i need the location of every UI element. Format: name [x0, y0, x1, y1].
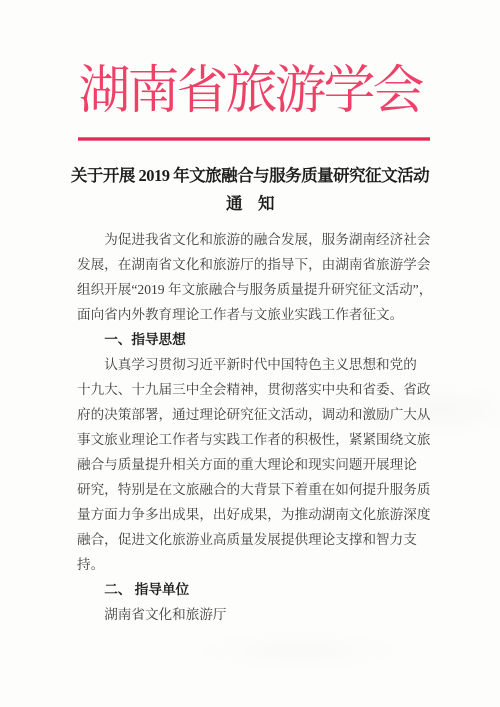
letterhead-organization-name: 湖南省旅游学会 — [0, 64, 500, 120]
text-line: 十九大、十九届三中全会精神，贯彻落实中央和省委、省政 — [77, 377, 457, 402]
notice-title-line2: 通 知 — [70, 190, 430, 218]
text-line: 持。 — [77, 552, 457, 577]
section-heading: 二、 指导单位 — [77, 577, 457, 602]
text-line: 认真学习贯彻习近平新时代中国特色主义思想和党的 — [77, 352, 457, 377]
text-line: 研究，特别是在文旅融合的大背景下着重在如何提升服务质 — [77, 477, 457, 502]
text-line: 湖南省文化和旅游厅 — [77, 602, 457, 627]
text-line: 组织开展“2019 年文旅融合与服务质量提升研究征文活动”， — [77, 277, 457, 302]
text-line: 府的决策部署，通过理论研究征文活动，调动和激励广大从 — [77, 402, 457, 427]
letterhead-divider-rule — [78, 137, 430, 141]
text-line: 面向省内外教育理论工作者与文旅业实践工作者征文。 — [77, 302, 457, 327]
notice-title-line1: 关于开展 2019 年文旅融合与服务质量研究征文活动 — [70, 162, 430, 190]
text-line: 发展，在湖南省文化和旅游厅的指导下，由湖南省旅游学会 — [77, 252, 457, 277]
section-heading: 一、指导思想 — [77, 327, 457, 352]
scanned-notice-page: 湖南省旅游学会 关于开展 2019 年文旅融合与服务质量研究征文活动 通 知 为… — [0, 0, 500, 707]
notice-title-block: 关于开展 2019 年文旅融合与服务质量研究征文活动 通 知 — [70, 162, 430, 218]
text-line: 为促进我省文化和旅游的融合发展，服务湖南经济社会 — [77, 227, 457, 252]
text-line: 融合，促进文化旅游业高质量发展提供理论支撑和智力支 — [77, 527, 457, 552]
notice-body: 为促进我省文化和旅游的融合发展，服务湖南经济社会发展，在湖南省文化和旅游厅的指导… — [77, 227, 457, 627]
text-line: 量方面力争多出成果，出好成果，为推动湖南文化旅游深度 — [77, 502, 457, 527]
text-line: 融合与质量提升相关方面的重大理论和现实问题开展理论 — [77, 452, 457, 477]
text-line: 事文旅业理论工作者与实践工作者的积极性，紧紧围绕文旅 — [77, 427, 457, 452]
